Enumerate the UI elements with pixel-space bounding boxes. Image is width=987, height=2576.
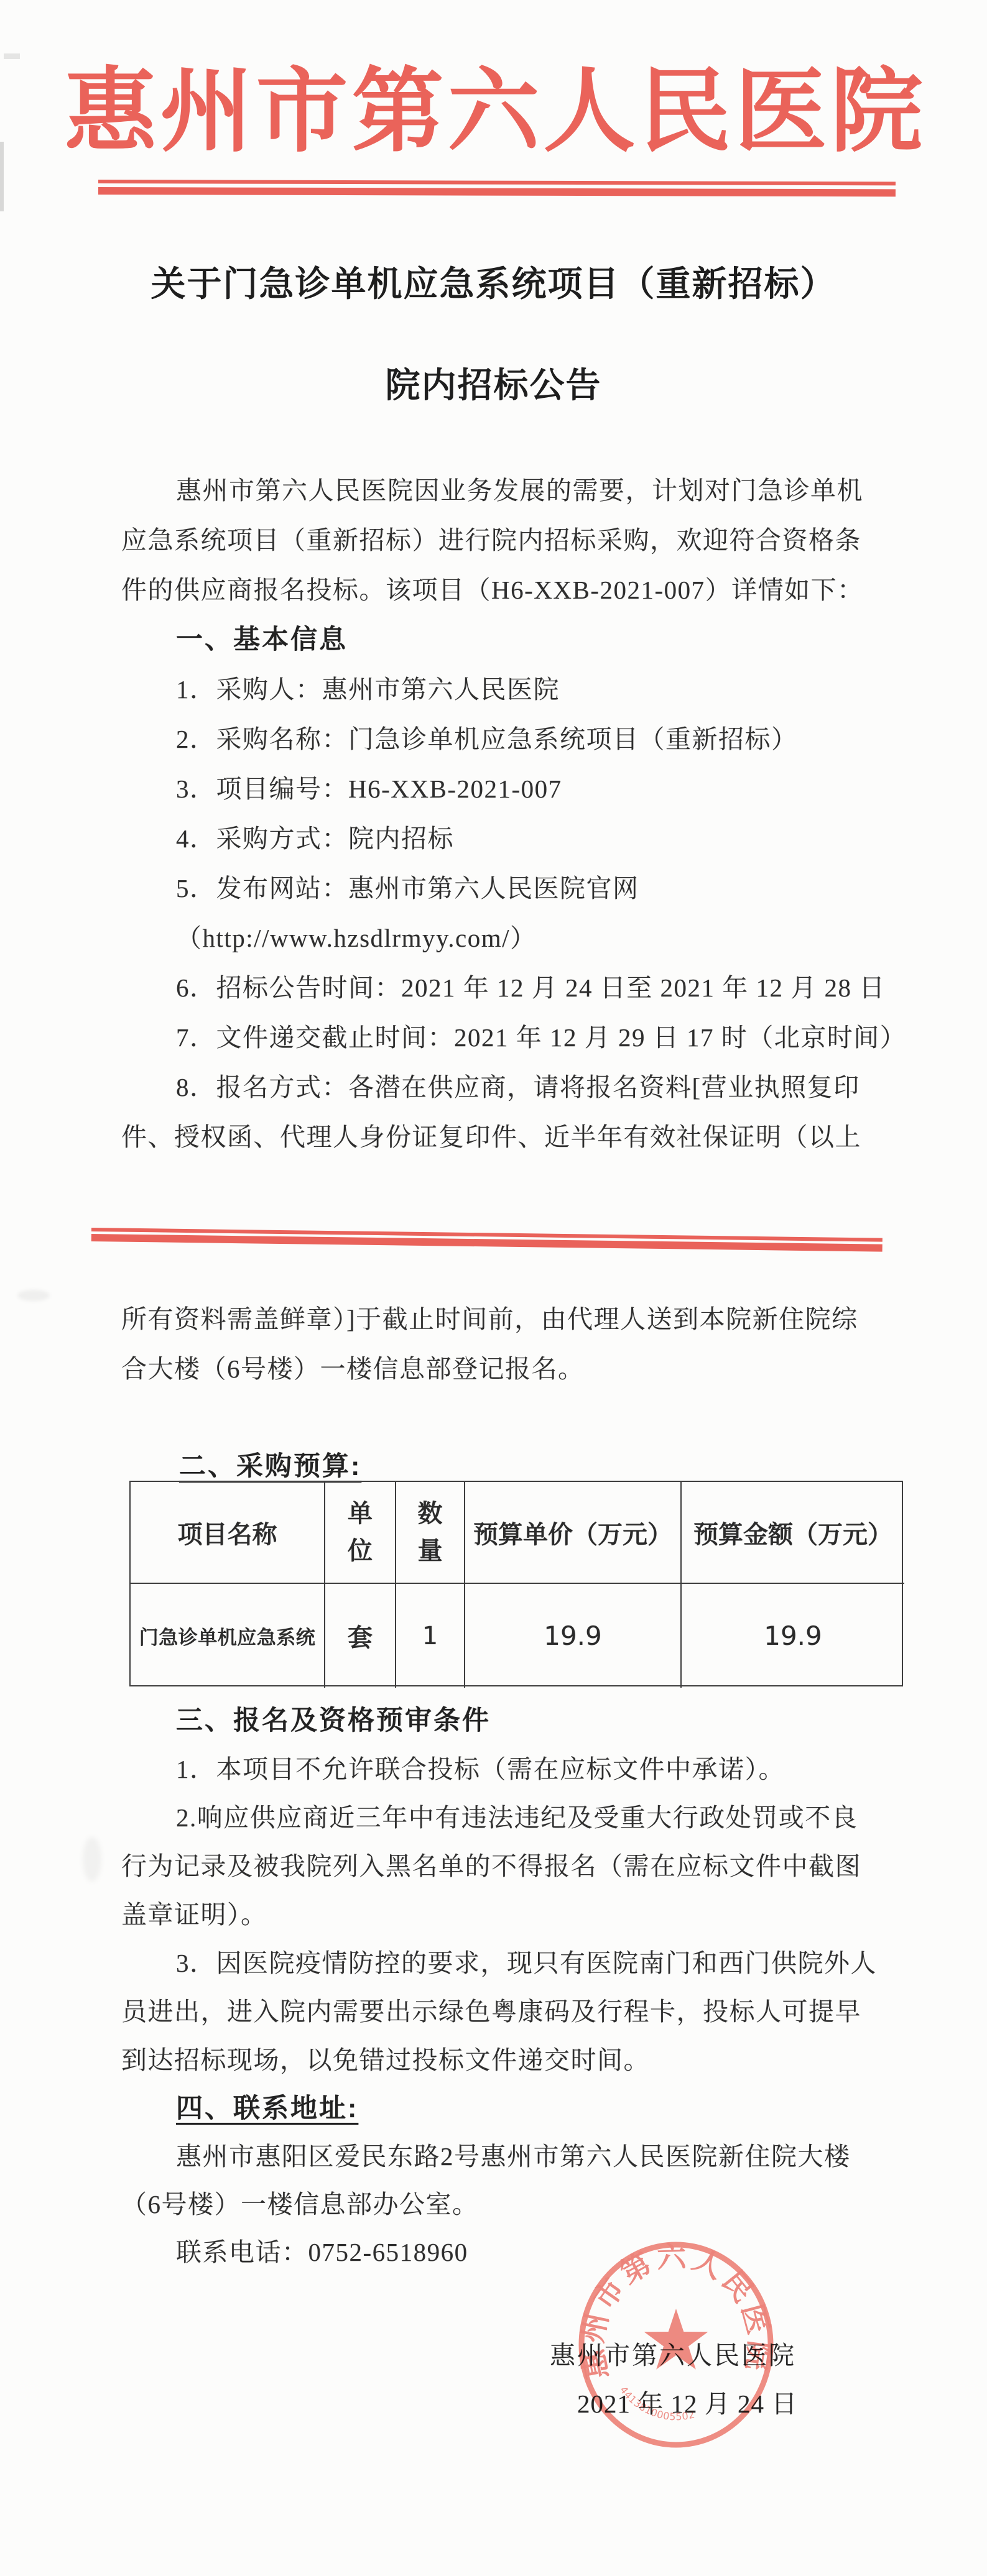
section-heading-contact: 四、联系地址: (121, 2082, 874, 2130)
body-block-page1: 惠州市第六人民医院因业务发展的需要，计划对门急诊单机 应急系统项目（重新招标）进… (121, 463, 874, 1159)
table-header-quantity-label: 数量 (415, 1495, 445, 1570)
letterhead-divider-thin (98, 180, 896, 185)
paragraph-line: 件的供应商报名投标。该项目（H6-XXB-2021-007）详情如下： (121, 563, 874, 612)
paragraph-line: 合大楼（6号楼）一楼信息部登记报名。 (121, 1341, 874, 1391)
list-item-website: 5．发布网站：惠州市第六人民医院官网 (121, 861, 874, 911)
body-block-qualification: 三、报名及资格预审条件 1．本项目不允许联合投标（需在应标文件中承诺）。 2.响… (121, 1694, 874, 2082)
paragraph-line: 惠州市第六人民医院因业务发展的需要，计划对门急诊单机 (121, 463, 874, 513)
list-item-project-name: 2．采购名称：门急诊单机应急系统项目（重新招标） (121, 712, 874, 761)
announcement-title-line2: 院内招标公告 (0, 358, 987, 408)
list-item-announce-time: 6．招标公告时间：2021 年 12 月 24 日至 2021 年 12 月 2… (121, 960, 874, 1010)
letterhead-divider-thick (98, 187, 896, 196)
list-item-method: 4．采购方式：院内招标 (121, 811, 874, 861)
table-header-total: 预算金额（万元） (682, 1482, 904, 1584)
table-cell-unit: 套 (325, 1584, 396, 1688)
scan-artifact (83, 1837, 101, 1882)
official-seal: 惠州市第六人民医院 4413810005502 (573, 2237, 779, 2453)
announcement-title-line1: 关于门急诊单机应急系统项目（重新招标） (0, 257, 987, 306)
table-cell-quantity: 1 (396, 1584, 465, 1688)
seal-serial-path: 4413810005502 (618, 2384, 696, 2422)
paragraph-line: 应急系统项目（重新招标）进行院内招标采购，欢迎符合资格条 (121, 513, 874, 563)
contact-address-line2: （6号楼）一楼信息部办公室。 (121, 2178, 874, 2226)
scan-artifact (17, 1290, 50, 1301)
list-item-buyer: 1．采购人：惠州市第六人民医院 (121, 662, 874, 712)
table-header-item-name: 项目名称 (131, 1482, 325, 1584)
list-item-website-url: （http://www.hzsdlrmyy.com/） (121, 911, 874, 960)
body-block-continuation: 所有资料需盖鲜章）]于截止时间前，由代理人送到本院新住院综 合大楼（6号楼）一楼… (121, 1292, 874, 1391)
table-cell-unit-price: 19.9 (465, 1584, 682, 1688)
qualification-line: 2.响应供应商近三年中有违法违纪及受重大行政处罚或不良 (121, 1791, 874, 1839)
section-heading-budget: 二、采购预算: (179, 1445, 361, 1483)
table-cell-item-name: 门急诊单机应急系统 (131, 1584, 325, 1688)
table-header-quantity: 数量 (396, 1482, 465, 1584)
list-item-signup-1: 8．报名方式：各潜在供应商，请将报名资料[营业执照复印 (121, 1060, 874, 1110)
qualification-line: 1．本项目不允许联合投标（需在应标文件中承诺）。 (121, 1742, 874, 1791)
contact-address-line1: 惠州市惠阳区爱民东路2号惠州市第六人民医院新住院大楼 (121, 2130, 874, 2178)
seal-serial: 4413810005502 (618, 2384, 696, 2422)
qualification-line: 员进出，进入院内需要出示绿色粤康码及行程卡，投标人可提早 (121, 1985, 874, 2033)
letterhead-divider (98, 180, 896, 196)
budget-table: 项目名称 单位 数量 预算单价（万元） 预算金额（万元） 门急诊单机应急系统 套… (129, 1481, 903, 1686)
page-break-divider (91, 1228, 883, 1252)
list-item-signup-2: 件、授权函、代理人身份证复印件、近半年有效社保证明（以上 (121, 1110, 874, 1159)
section-heading-basic-info: 一、基本信息 (121, 612, 874, 662)
scan-artifact (4, 53, 20, 59)
list-item-deadline: 7．文件递交截止时间：2021 年 12 月 29 日 17 时（北京时间） (121, 1010, 874, 1060)
qualification-line: 到达招标现场，以免错过投标文件递交时间。 (121, 2033, 874, 2082)
scanned-document-page: 惠州市第六人民医院 关于门急诊单机应急系统项目（重新招标） 院内招标公告 惠州市… (0, 0, 987, 2576)
paragraph-line: 所有资料需盖鲜章）]于截止时间前，由代理人送到本院新住院综 (121, 1292, 874, 1341)
qualification-line: 3．因医院疫情防控的要求，现只有医院南门和西门供院外人 (121, 1936, 874, 1985)
table-header-unit: 单位 (325, 1482, 396, 1584)
table-header-unit-label: 单位 (345, 1495, 375, 1570)
list-item-project-no: 3．项目编号：H6-XXB-2021-007 (121, 761, 874, 811)
table-cell-total: 19.9 (682, 1584, 904, 1688)
qualification-line: 行为记录及被我院列入黑名单的不得报名（需在应标文件中截图 (121, 1839, 874, 1888)
section-heading-qualification: 三、报名及资格预审条件 (121, 1694, 874, 1742)
seal-star (644, 2309, 708, 2370)
table-header-unit-price: 预算单价（万元） (465, 1482, 682, 1584)
hospital-letterhead: 惠州市第六人民医院 (0, 60, 987, 165)
qualification-line: 盖章证明）。 (121, 1888, 874, 1936)
